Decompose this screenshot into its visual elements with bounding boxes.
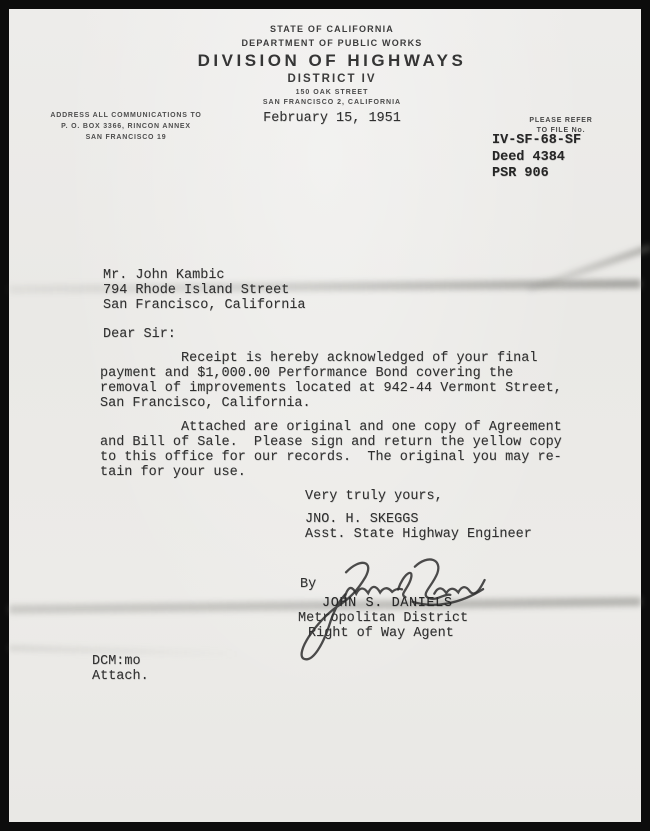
psr-number: PSR 906 [492,166,581,183]
reference-initials: DCM:mo [92,654,141,669]
sender-title: Asst. State Highway Engineer [305,527,532,542]
file-reference-label-line1: PLEASE REFER [505,116,617,126]
signer-typed-name: JOHN S. DANIELS [322,596,453,611]
letterhead-division-title: DIVISION OF HIGHWAYS [14,52,650,70]
valediction: Very truly yours, [305,489,443,504]
letterhead-district-line: DISTRICT IV [14,72,650,86]
body-paragraph-2: Attached are original and one copy of Ag… [100,420,582,480]
letterhead-city-line: SAN FRANCISCO 2, CALIFORNIA [14,98,650,107]
recipient-address: Mr. John Kambic 794 Rhode Island Street … [103,268,306,313]
file-reference-numbers: IV-SF-68-SF Deed 4384 PSR 906 [492,133,581,183]
communications-note: ADDRESS ALL COMMUNICATIONS TO P. O. BOX … [30,110,222,143]
sender-name: JNO. H. SKEGGS [305,512,418,527]
communications-note-line3: SAN FRANCISCO 19 [30,132,222,143]
communications-note-line2: P. O. BOX 3366, RINCON ANNEX [30,121,222,132]
body-paragraph-1: Receipt is hereby acknowledged of your f… [100,351,582,411]
enclosure-note: Attach. [92,669,149,684]
signer-title-line2: Right of Way Agent [308,626,454,641]
letterhead-department-line: DEPARTMENT OF PUBLIC WORKS [14,38,650,49]
letterhead-state-line: STATE OF CALIFORNIA [14,24,650,35]
signer-title-line1: Metropolitan District [298,611,468,626]
scanned-letter-page: STATE OF CALIFORNIA DEPARTMENT OF PUBLIC… [0,0,650,831]
letter-content: STATE OF CALIFORNIA DEPARTMENT OF PUBLIC… [0,0,650,831]
letterhead-street-line: 150 OAK STREET [14,88,650,97]
communications-note-line1: ADDRESS ALL COMMUNICATIONS TO [30,110,222,121]
file-number: IV-SF-68-SF [492,133,581,150]
deed-number: Deed 4384 [492,150,581,167]
salutation: Dear Sir: [103,327,176,342]
